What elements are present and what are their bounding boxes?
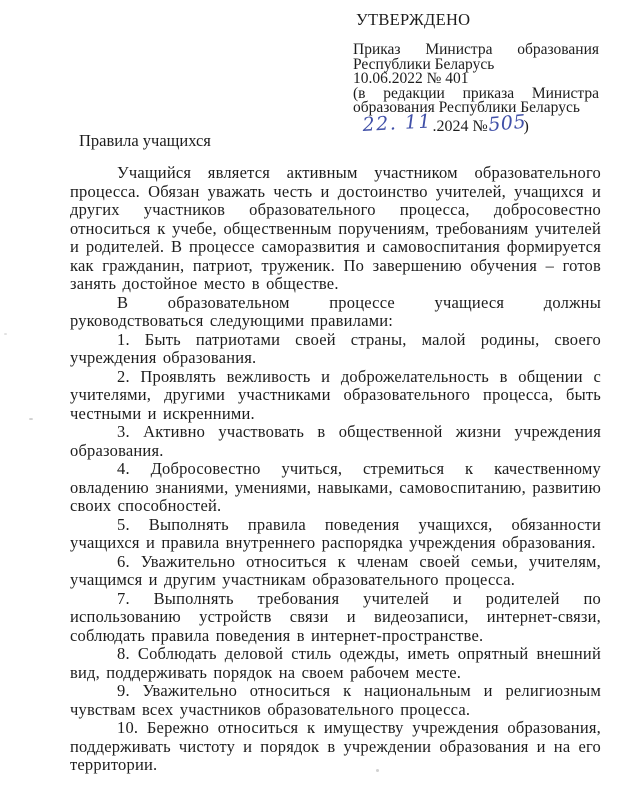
- scan-artifact: [4, 333, 7, 335]
- rule-item-4: 4. Добросовестно учиться, стремиться к к…: [70, 460, 601, 516]
- scanned-document: { "doc": { "approved": "УТВЕРЖДЕНО", "or…: [0, 0, 623, 789]
- handwritten-day-month: 22. 11: [362, 114, 432, 132]
- amendment-date-line: 22. 11.2024 №505): [353, 118, 599, 135]
- document-page: УТВЕРЖДЕНО Приказ Министра образования Р…: [0, 0, 623, 789]
- rule-item-5: 5. Выполнять правила поведения учащихся,…: [70, 516, 601, 553]
- approved-stamp-label: УТВЕРЖДЕНО: [356, 10, 470, 30]
- document-body: Учащийся является активным участником об…: [70, 164, 601, 775]
- rule-item-2: 2. Проявлять вежливость и доброжелательн…: [70, 368, 601, 424]
- rule-item-3: 3. Активно участвовать в общественной жи…: [70, 423, 601, 460]
- order-reference-block: Приказ Министра образования Республики Б…: [353, 43, 599, 135]
- rule-item-6: 6. Уважительно относиться к членам своей…: [70, 553, 601, 590]
- rule-item-7: 7. Выполнять требования учителей и родит…: [70, 590, 601, 646]
- scan-artifact: [29, 418, 33, 420]
- printed-year-and-number-sign: .2024 №: [432, 118, 487, 135]
- document-title: Правила учащихся: [79, 131, 211, 151]
- scan-artifact: [376, 769, 379, 772]
- paragraph-rules-lead: В образовательном процессе учащиеся долж…: [70, 294, 601, 331]
- rule-item-1: 1. Быть патриотами своей страны, малой р…: [70, 331, 601, 368]
- handwritten-order-number: 505: [487, 115, 526, 133]
- rule-item-10: 10. Бережно относиться к имуществу учреж…: [70, 719, 601, 775]
- rule-item-8: 8. Соблюдать деловой стиль одежды, иметь…: [70, 645, 601, 682]
- paragraph-intro: Учащийся является активным участником об…: [70, 164, 601, 294]
- rule-item-9: 9. Уважительно относиться к национальным…: [70, 682, 601, 719]
